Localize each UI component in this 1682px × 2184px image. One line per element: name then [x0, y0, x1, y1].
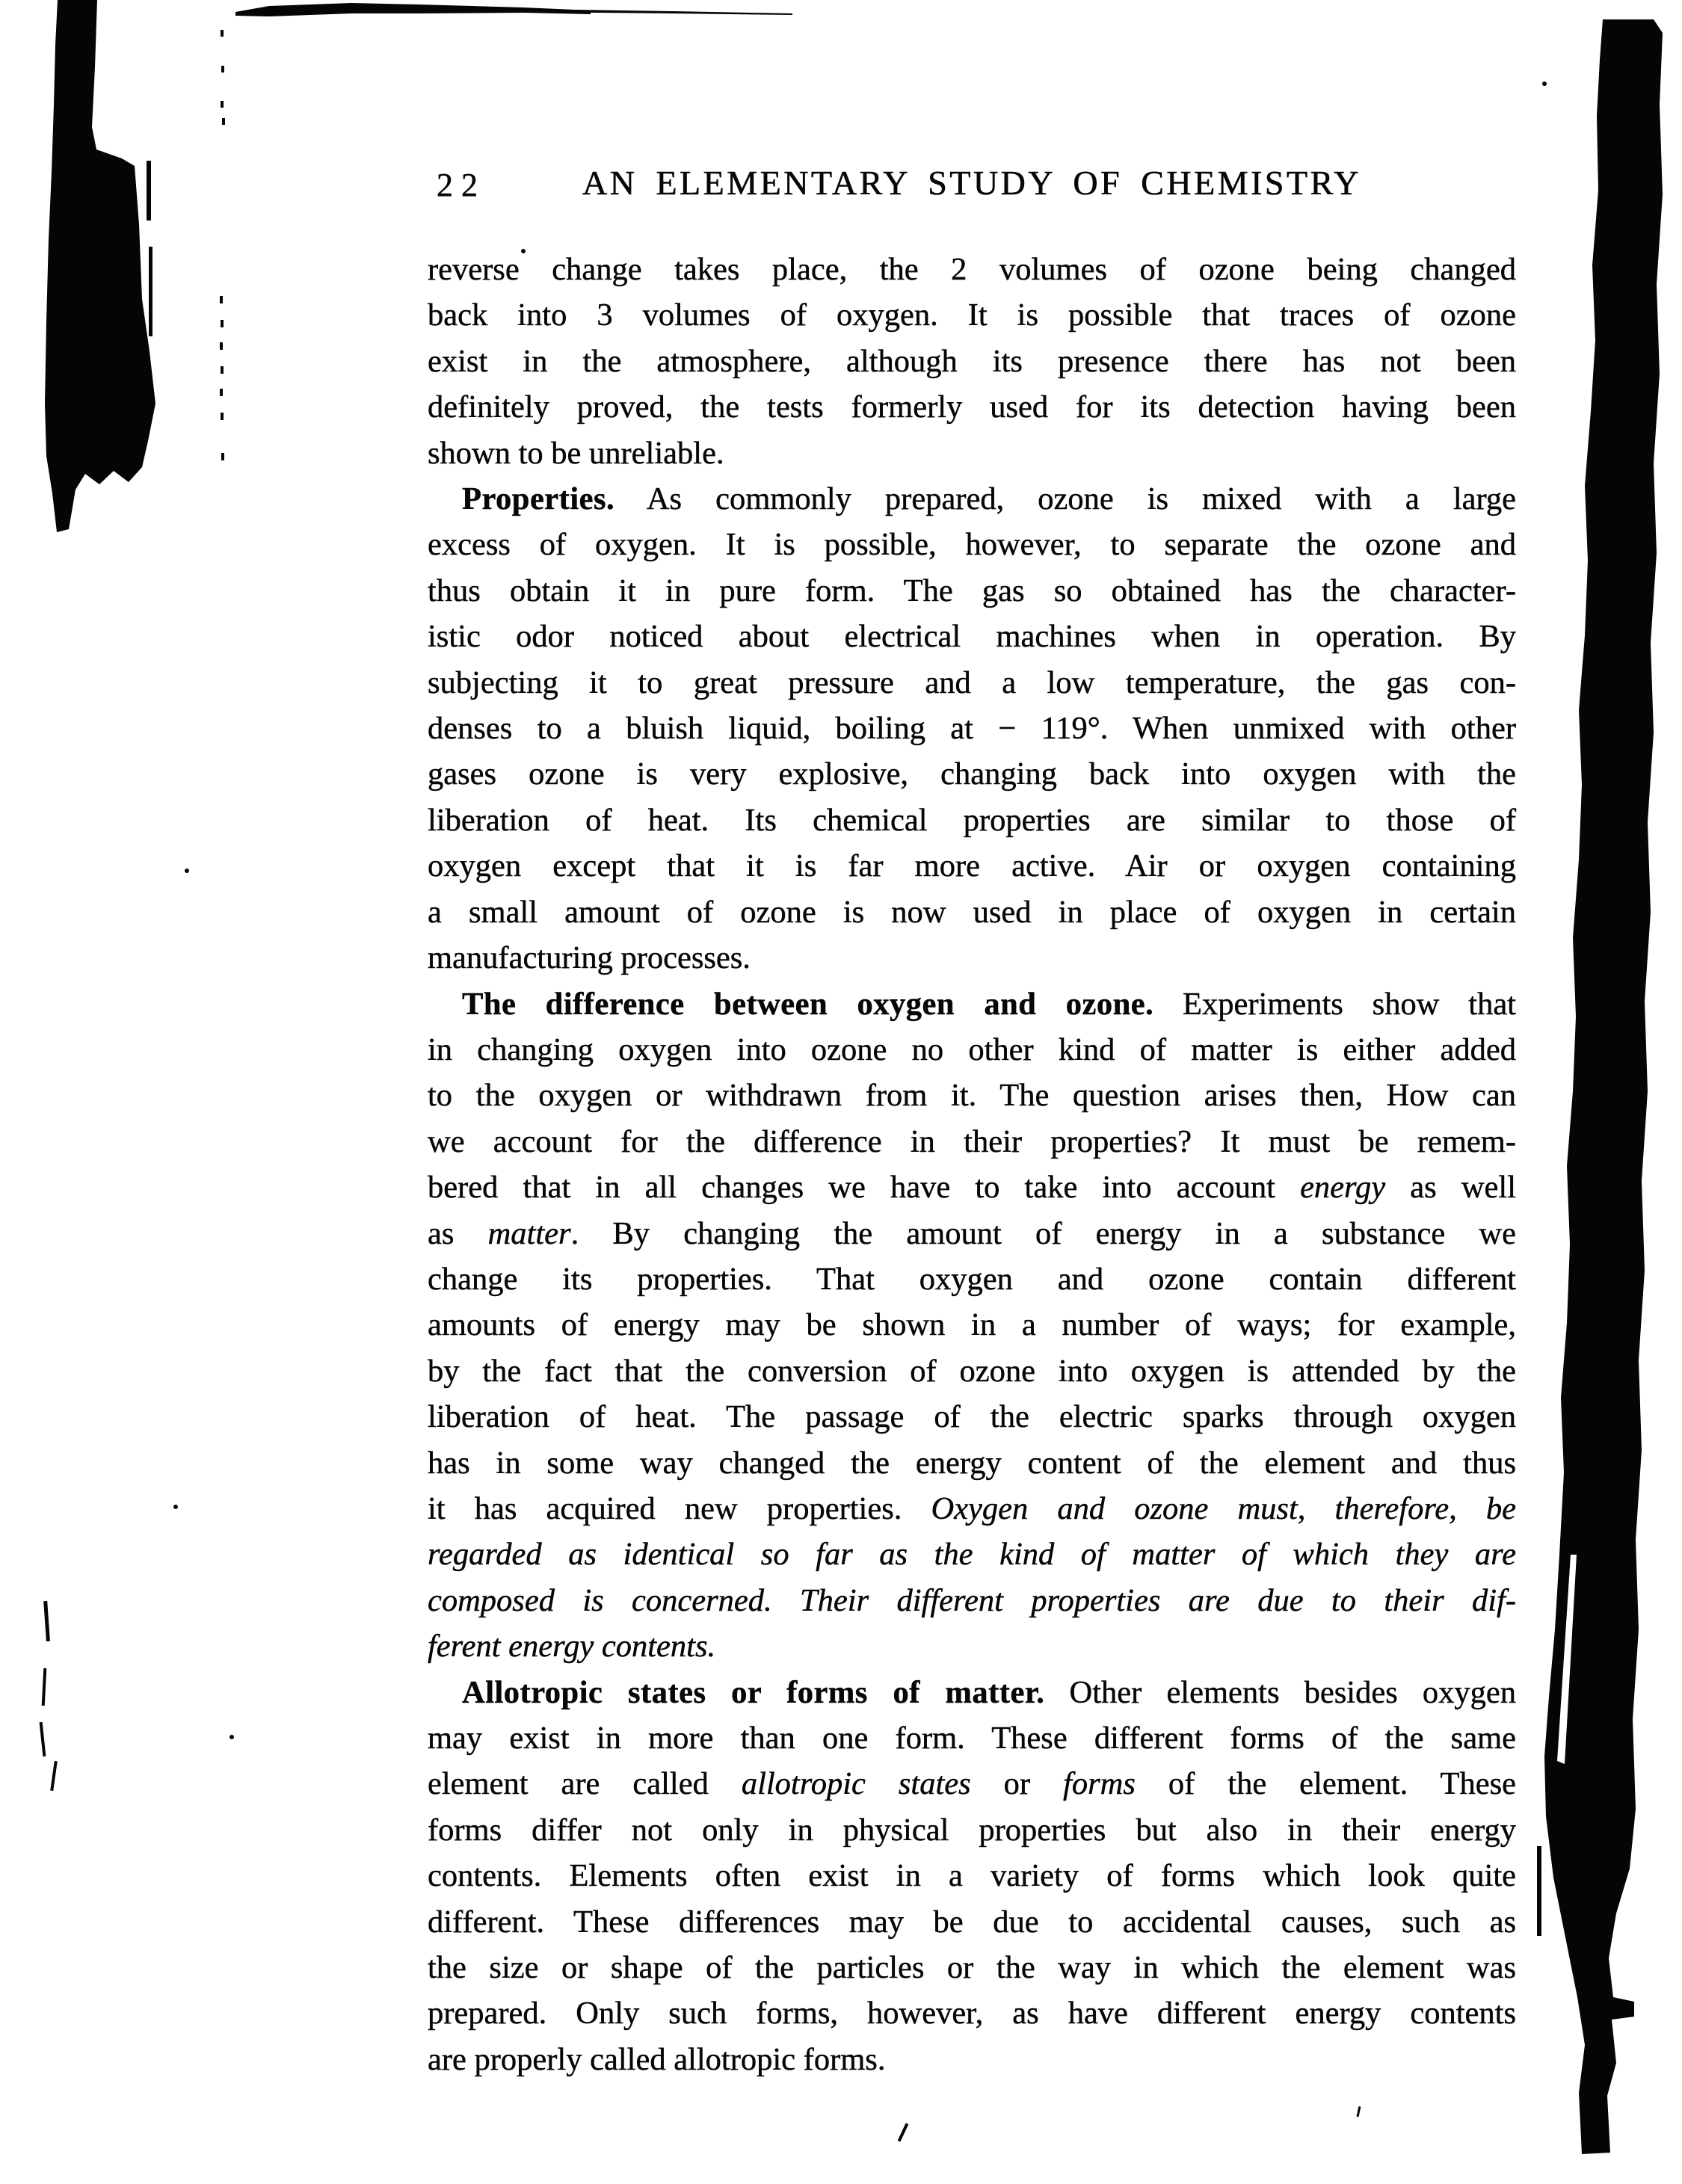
text-line: thus obtain it in pure form. The gas so …	[428, 568, 1516, 614]
page-title: AN ELEMENTARY STUDY OF CHEMISTRY	[428, 160, 1516, 203]
text-line: prepared. Only such forms, however, as h…	[428, 1990, 1516, 2036]
text-line: manufacturing processes.	[428, 935, 1516, 981]
body-text: subjecting it to great pressure and a lo…	[428, 665, 1516, 700]
text-line: change its properties. That oxygen and o…	[428, 1256, 1516, 1302]
text-line: istic odor noticed about electrical mach…	[428, 614, 1516, 659]
body-text: liberation of heat. Its chemical propert…	[428, 803, 1516, 838]
body-text: different. These differences may be due …	[428, 1904, 1516, 1940]
text-line: denses to a bluish liquid, boiling at − …	[428, 706, 1516, 751]
run-in-heading: Allotropic states or forms of matter.	[462, 1675, 1044, 1710]
running-head: 22 AN ELEMENTARY STUDY OF CHEMISTRY	[428, 160, 1516, 214]
body-text: the size or shape of the particles or th…	[428, 1950, 1516, 1985]
text-column: reverse change takes place, the 2 volume…	[428, 247, 1516, 2082]
body-text: istic odor noticed about electrical mach…	[428, 619, 1516, 654]
text-line: subjecting it to great pressure and a lo…	[428, 660, 1516, 706]
body-text: element are called	[428, 1766, 742, 1801]
body-text: as	[428, 1216, 488, 1251]
body-text: by the fact that the conversion of ozone…	[428, 1354, 1516, 1389]
text-line: has in some way changed the energy conte…	[428, 1440, 1516, 1486]
body-text: a small amount of ozone is now used in p…	[428, 895, 1516, 930]
text-line: exist in the atmosphere, although its pr…	[428, 339, 1516, 384]
text-line: the size or shape of the particles or th…	[428, 1945, 1516, 1990]
body-text: exist in the atmosphere, although its pr…	[428, 344, 1516, 379]
italic-text: forms	[1063, 1766, 1136, 1801]
body-text: may exist in more than one form. These d…	[428, 1721, 1516, 1756]
scan-artifact-right-band	[1544, 19, 1663, 2154]
text-line: may exist in more than one form. These d…	[428, 1715, 1516, 1761]
italic-text: regarded as identical so far as the kind…	[428, 1537, 1516, 1572]
body-text: oxygen except that it is far more active…	[428, 848, 1516, 883]
scan-speck	[147, 161, 151, 220]
text-line: amounts of energy may be shown in a numb…	[428, 1302, 1516, 1348]
body-text: liberation of heat. The passage of the e…	[428, 1399, 1516, 1434]
text-line: contents. Elements often exist in a vari…	[428, 1853, 1516, 1898]
body-text: thus obtain it in pure form. The gas so …	[428, 573, 1516, 608]
italic-text: energy	[1300, 1170, 1385, 1205]
text-line: in changing oxygen into ozone no other k…	[428, 1027, 1516, 1073]
scan-artifact-top-streak	[235, 3, 591, 16]
run-in-heading: Properties.	[462, 481, 614, 516]
text-line: shown to be unreliable.	[428, 431, 1516, 476]
italic-text: ferent energy contents.	[428, 1629, 715, 1664]
body-text: has in some way changed the energy conte…	[428, 1446, 1516, 1481]
page-number: 22	[437, 166, 486, 204]
text-line: a small amount of ozone is now used in p…	[428, 889, 1516, 935]
text-line: bered that in all changes we have to tak…	[428, 1165, 1516, 1210]
body-text: definitely proved, the tests formerly us…	[428, 389, 1516, 425]
text-line: regarded as identical so far as the kind…	[428, 1531, 1516, 1577]
italic-text: matter	[488, 1216, 571, 1251]
text-line: are properly called allotropic forms.	[428, 2037, 1516, 2082]
text-line: excess of oxygen. It is possible, howeve…	[428, 522, 1516, 567]
body-text: contents. Elements often exist in a vari…	[428, 1858, 1516, 1893]
scanned-book-page: 22 AN ELEMENTARY STUDY OF CHEMISTRY reve…	[0, 0, 1682, 2184]
text-line: Allotropic states or forms of matter. Ot…	[428, 1670, 1516, 1715]
body-text: of the element. These	[1136, 1766, 1516, 1801]
body-text: . By changing the amount of energy in a …	[571, 1216, 1516, 1251]
text-line: by the fact that the conversion of ozone…	[428, 1348, 1516, 1394]
text-line: oxygen except that it is far more active…	[428, 843, 1516, 889]
text-line: it has acquired new properties. Oxygen a…	[428, 1486, 1516, 1531]
body-text: change its properties. That oxygen and o…	[428, 1262, 1516, 1297]
body-text: as well	[1385, 1170, 1516, 1205]
text-line: gases ozone is very explosive, changing …	[428, 751, 1516, 797]
body-text: or	[971, 1766, 1063, 1801]
italic-text: composed is concerned. Their different p…	[428, 1583, 1516, 1618]
body-text: shown to be unreliable.	[428, 436, 724, 471]
body-text: As commonly prepared, ozone is mixed wit…	[614, 481, 1516, 516]
body-text: to the oxygen or withdrawn from it. The …	[428, 1078, 1516, 1113]
text-line: back into 3 volumes of oxygen. It is pos…	[428, 292, 1516, 338]
scan-margin-strokes	[40, 1601, 58, 1791]
body-text: are properly called allotropic forms.	[428, 2042, 885, 2077]
scan-artifact-left-blob	[45, 0, 155, 532]
text-line: we account for the difference in their p…	[428, 1119, 1516, 1165]
body-text: prepared. Only such forms, however, as h…	[428, 1996, 1516, 2031]
body-text: back into 3 volumes of oxygen. It is pos…	[428, 297, 1516, 333]
body-text: forms differ not only in physical proper…	[428, 1813, 1516, 1848]
body-text: it has acquired new properties.	[428, 1491, 931, 1526]
body-text: reverse change takes place, the 2 volume…	[428, 252, 1516, 287]
body-text: Other elements besides oxygen	[1044, 1675, 1516, 1710]
body-text: we account for the difference in their p…	[428, 1124, 1516, 1159]
body-text: in changing oxygen into ozone no other k…	[428, 1032, 1516, 1067]
scan-white-slash	[1557, 1555, 1577, 1764]
text-line: composed is concerned. Their different p…	[428, 1578, 1516, 1623]
body-text: gases ozone is very explosive, changing …	[428, 756, 1516, 792]
italic-text: Oxygen and ozone must, therefore, be	[931, 1491, 1516, 1526]
body-text: Experiments show that	[1153, 987, 1516, 1022]
body-text: amounts of energy may be shown in a numb…	[428, 1307, 1516, 1342]
body-text: denses to a bluish liquid, boiling at − …	[428, 711, 1516, 746]
text-line: liberation of heat. Its chemical propert…	[428, 798, 1516, 843]
text-line: reverse change takes place, the 2 volume…	[428, 247, 1516, 292]
text-line: Properties. As commonly prepared, ozone …	[428, 476, 1516, 522]
text-line: ferent energy contents.	[428, 1623, 1516, 1669]
text-line: to the oxygen or withdrawn from it. The …	[428, 1073, 1516, 1118]
text-line: liberation of heat. The passage of the e…	[428, 1394, 1516, 1440]
text-line: different. These differences may be due …	[428, 1899, 1516, 1945]
italic-text: allotropic states	[742, 1766, 971, 1801]
scan-artifact-top-streak-2	[523, 9, 792, 15]
scan-speck	[1537, 1846, 1541, 1936]
text-line: as matter. By changing the amount of ene…	[428, 1211, 1516, 1256]
scan-speck	[149, 247, 153, 336]
run-in-heading: The difference between oxygen and ozone.	[462, 987, 1153, 1022]
text-line: The difference between oxygen and ozone.…	[428, 981, 1516, 1027]
body-text: manufacturing processes.	[428, 940, 751, 975]
text-line: definitely proved, the tests formerly us…	[428, 384, 1516, 430]
scan-margin-dashes	[220, 30, 225, 460]
text-line: element are called allotropic states or …	[428, 1761, 1516, 1807]
body-text: bered that in all changes we have to tak…	[428, 1170, 1300, 1205]
text-line: forms differ not only in physical proper…	[428, 1807, 1516, 1853]
body-text: excess of oxygen. It is possible, howeve…	[428, 527, 1516, 562]
